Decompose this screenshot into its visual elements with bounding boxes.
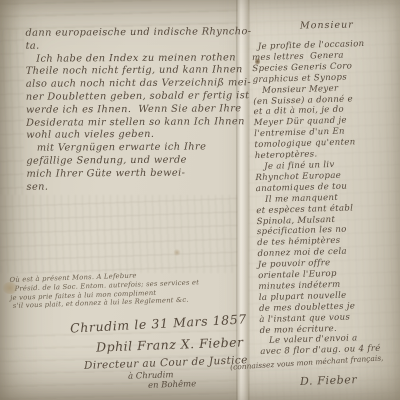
letter-body-french: Je profite de l'occasionmes lettres Gene… [252, 38, 400, 358]
letter-line: sen. [26, 180, 238, 194]
letter-line: ner Doubletten geben, sobald er fertig i… [26, 90, 238, 104]
bleedthrough-texture [0, 195, 238, 273]
salutation: Monsieur [300, 20, 354, 32]
signature-region: en Bohême [148, 379, 196, 391]
letter-line: Desiderata mir stellen so kann Ich Ihnen [26, 116, 238, 130]
bleedthrough-texture [0, 0, 238, 30]
letter-photo: dann europaeische und indische Rhyncho-t… [0, 0, 400, 400]
letter-body-german: dann europaeische und indische Rhyncho-t… [25, 26, 238, 194]
bleedthrough-texture [0, 30, 24, 195]
letter-line: dann europaeische und indische Rhyncho- [25, 26, 237, 40]
signature-short: D. Fieber [300, 373, 358, 388]
letter-line: werde ich es Ihnen. Wenn Sie aber Ihre [26, 103, 238, 117]
